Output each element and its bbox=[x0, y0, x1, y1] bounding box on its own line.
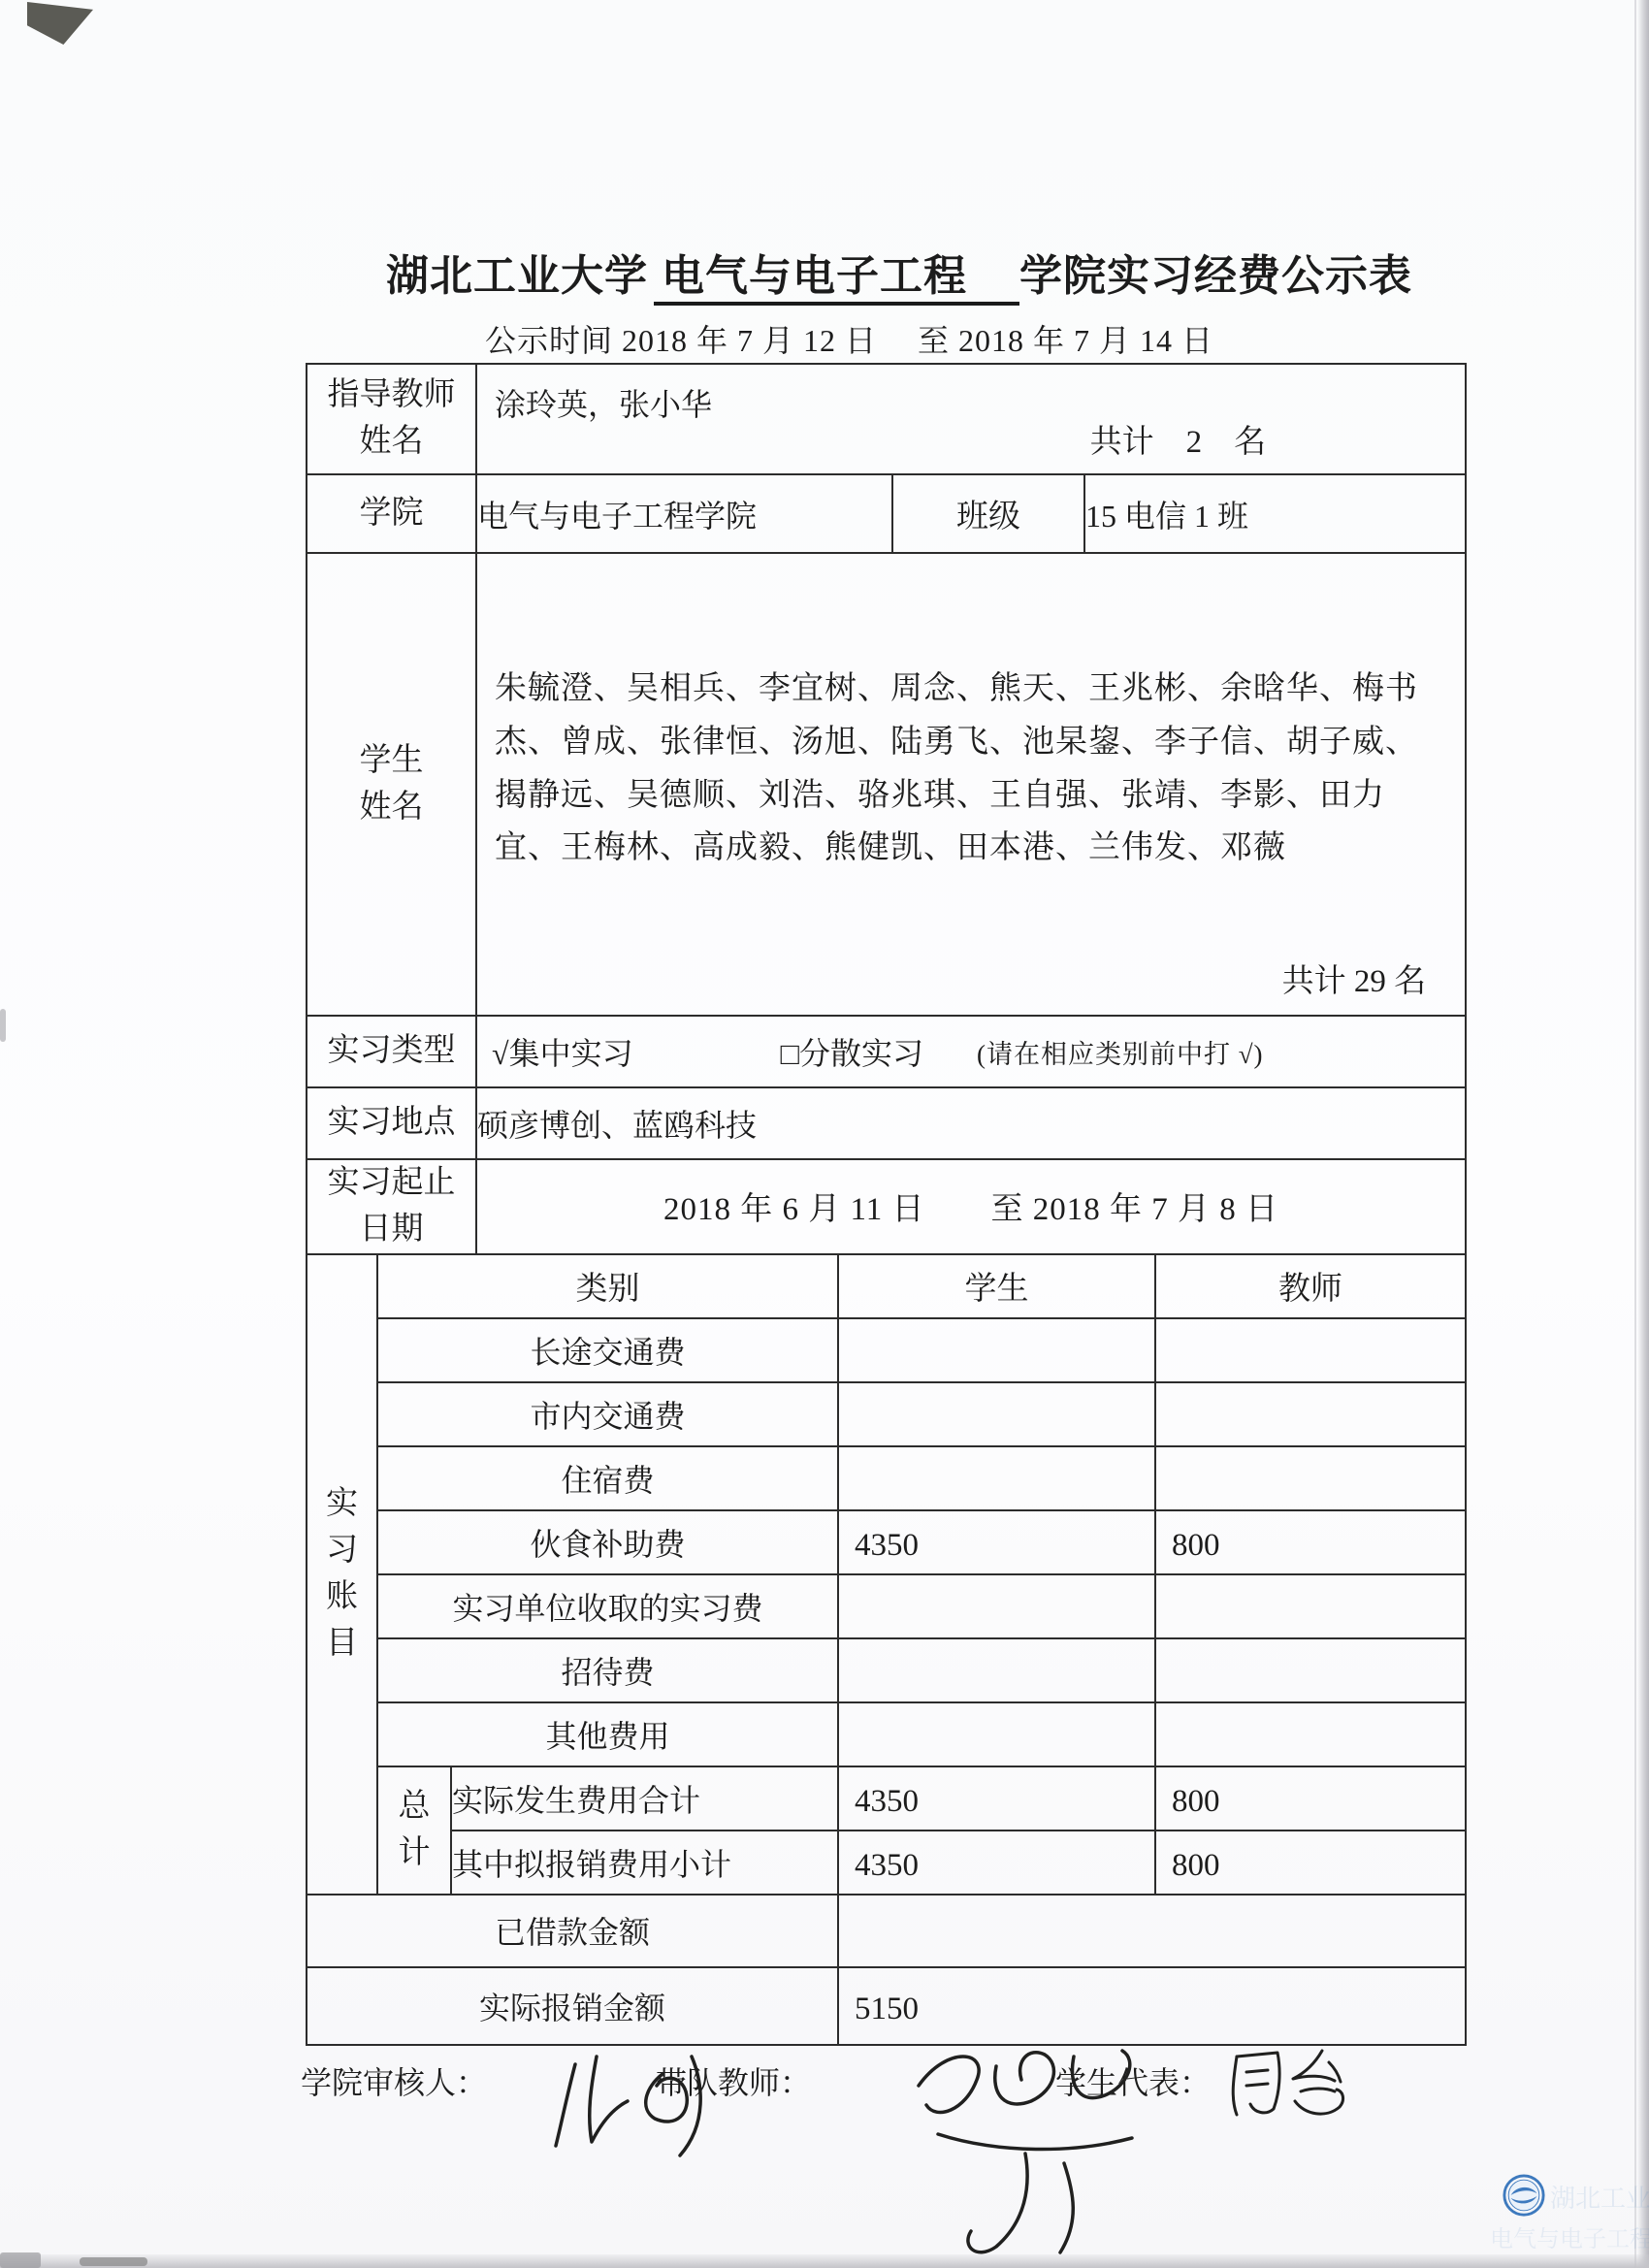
table-row: 伙食补助费 4350 800 bbox=[307, 1510, 1466, 1574]
practice-type-cell: √集中实习 □分散实习 (请在相应类别前中打 √) bbox=[476, 1016, 1466, 1087]
expense-teacher-value bbox=[1155, 1574, 1466, 1638]
table-row: 其他费用 bbox=[307, 1702, 1466, 1766]
expense-publicity-form-table: 指导教师 姓名 涂玲英，张小华 共计 2 名 学院 电气与电子工程学院 班级 1… bbox=[306, 363, 1467, 2046]
dates-label: 实习起止 日期 bbox=[307, 1159, 476, 1254]
total-label: 总 计 bbox=[377, 1766, 451, 1895]
students-cell: 朱毓澄、吴相兵、李宜树、周念、熊天、王兆彬、余晗华、梅书杰、曾成、张律恒、汤旭、… bbox=[476, 553, 1466, 1016]
scan-artifact-corner bbox=[27, 2, 93, 45]
row-instructor: 指导教师 姓名 涂玲英，张小华 共计 2 名 bbox=[307, 364, 1466, 474]
students-total: 共计 29 名 bbox=[1282, 956, 1427, 1001]
total-category: 实际发生费用合计 bbox=[451, 1766, 838, 1831]
expense-student-value bbox=[838, 1638, 1155, 1702]
expense-teacher-value bbox=[1155, 1638, 1466, 1702]
row-dates: 实习起止 日期 2018 年 6 月 11 日 至 2018 年 7 月 8 日 bbox=[307, 1159, 1466, 1254]
borrowed-value bbox=[838, 1895, 1466, 1967]
scan-edge-right bbox=[1637, 0, 1649, 2268]
scan-artifact-blob bbox=[80, 2257, 147, 2266]
title-suffix: 学院实习经费公示表 bbox=[1019, 252, 1412, 300]
table-row: 市内交通费 bbox=[307, 1382, 1466, 1446]
total-student-value: 4350 bbox=[838, 1766, 1155, 1831]
dates-value: 2018 年 6 月 11 日 至 2018 年 7 月 8 日 bbox=[476, 1159, 1466, 1254]
expense-category: 其他费用 bbox=[377, 1702, 838, 1766]
accounts-header-row: 实 习 账 目 类别 学生 教师 bbox=[307, 1254, 1466, 1318]
student-representative-signature bbox=[1217, 2041, 1387, 2130]
total-row: 其中拟报销费用小计 4350 800 bbox=[307, 1831, 1466, 1895]
location-value: 硕彦博创、蓝鸥科技 bbox=[476, 1087, 1466, 1159]
expense-teacher-value bbox=[1155, 1446, 1466, 1510]
college-value: 电气与电子工程学院 bbox=[476, 474, 892, 553]
practice-type-label: 实习类型 bbox=[307, 1016, 476, 1087]
option-concentrated-checked: √集中实习 bbox=[492, 1029, 633, 1074]
expense-student-value bbox=[838, 1446, 1155, 1510]
publicity-time: 公示时间 2018 年 7 月 12 日 至 2018 年 7 月 14 日 bbox=[485, 316, 1213, 361]
expense-student-value bbox=[838, 1574, 1155, 1638]
expense-category: 实习单位收取的实习费 bbox=[377, 1574, 838, 1638]
scanned-form-page: 湖北工业大学电气与电子工程学院实习经费公示表 公示时间 2018 年 7 月 1… bbox=[0, 0, 1649, 2268]
students-label: 学生 姓名 bbox=[307, 553, 476, 1016]
expense-student-value bbox=[838, 1382, 1155, 1446]
expense-category: 住宿费 bbox=[377, 1446, 838, 1510]
instructor-value-cell: 涂玲英，张小华 共计 2 名 bbox=[476, 364, 1466, 474]
total-teacher-value: 800 bbox=[1155, 1766, 1466, 1831]
title-department-underlined: 电气与电子工程 bbox=[654, 252, 1019, 306]
scan-edge-line bbox=[1634, 0, 1636, 2268]
university-logo-watermark bbox=[1502, 2173, 1546, 2218]
lead-teacher-label: 带队教师： bbox=[656, 2058, 811, 2103]
location-label: 实习地点 bbox=[307, 1087, 476, 1159]
students-names: 朱毓澄、吴相兵、李宜树、周念、熊天、王兆彬、余晗华、梅书杰、曾成、张律恒、汤旭、… bbox=[477, 554, 1465, 875]
title-university: 湖北工业大学 bbox=[386, 252, 648, 300]
scan-artifact-mark bbox=[0, 1009, 6, 1042]
class-label: 班级 bbox=[892, 474, 1084, 553]
accounts-label: 实 习 账 目 bbox=[307, 1254, 377, 1895]
expense-student-value bbox=[838, 1702, 1155, 1766]
watermark-college-name: 电气与电子工程学院 bbox=[1490, 2219, 1649, 2253]
reviewer-signature bbox=[538, 2037, 747, 2173]
instructor-total: 共计 2 名 bbox=[1090, 416, 1267, 462]
reviewer-label: 学院审核人： bbox=[301, 2058, 487, 2103]
expense-teacher-value bbox=[1155, 1702, 1466, 1766]
expense-category: 市内交通费 bbox=[377, 1382, 838, 1446]
checkbox-hint: (请在相应类别前中打 √) bbox=[977, 1033, 1264, 1071]
borrowed-label: 已借款金额 bbox=[307, 1895, 838, 1967]
total-student-value: 4350 bbox=[838, 1831, 1155, 1895]
option-dispersed-checkbox: □分散实习 bbox=[781, 1029, 923, 1074]
table-row: 长途交通费 bbox=[307, 1318, 1466, 1382]
college-label: 学院 bbox=[307, 474, 476, 553]
total-row: 总 计 实际发生费用合计 4350 800 bbox=[307, 1766, 1466, 1831]
reimbursed-label: 实际报销金额 bbox=[307, 1967, 838, 2045]
table-row: 住宿费 bbox=[307, 1446, 1466, 1510]
expense-student-value: 4350 bbox=[838, 1510, 1155, 1574]
expense-category: 招待费 bbox=[377, 1638, 838, 1702]
expense-category: 长途交通费 bbox=[377, 1318, 838, 1382]
table-row: 招待费 bbox=[307, 1638, 1466, 1702]
scan-edge-bottom bbox=[0, 2254, 1649, 2268]
accounts-header-teacher: 教师 bbox=[1155, 1254, 1466, 1318]
class-value: 15 电信 1 班 bbox=[1084, 474, 1466, 553]
expense-teacher-value: 800 bbox=[1155, 1510, 1466, 1574]
instructor-label: 指导教师 姓名 bbox=[307, 364, 476, 474]
row-reimbursed: 实际报销金额 5150 bbox=[307, 1967, 1466, 2045]
instructor-names: 涂玲英，张小华 bbox=[477, 365, 1465, 425]
table-row: 实习单位收取的实习费 bbox=[307, 1574, 1466, 1638]
scan-artifact-blob bbox=[0, 2252, 41, 2268]
reimbursed-value: 5150 bbox=[838, 1967, 1466, 2045]
total-teacher-value: 800 bbox=[1155, 1831, 1466, 1895]
student-representative-label: 学生代表： bbox=[1055, 2058, 1211, 2103]
expense-teacher-value bbox=[1155, 1382, 1466, 1446]
expense-teacher-value bbox=[1155, 1318, 1466, 1382]
row-college-class: 学院 电气与电子工程学院 班级 15 电信 1 班 bbox=[307, 474, 1466, 553]
total-category: 其中拟报销费用小计 bbox=[451, 1831, 838, 1895]
expense-category: 伙食补助费 bbox=[377, 1510, 838, 1574]
row-practice-type: 实习类型 √集中实习 □分散实习 (请在相应类别前中打 √) bbox=[307, 1016, 1466, 1087]
row-location: 实习地点 硕彦博创、蓝鸥科技 bbox=[307, 1087, 1466, 1159]
row-borrowed: 已借款金额 bbox=[307, 1895, 1466, 1967]
row-students: 学生 姓名 朱毓澄、吴相兵、李宜树、周念、熊天、王兆彬、余晗华、梅书杰、曾成、张… bbox=[307, 553, 1466, 1016]
watermark-university-name: 湖北工业大学 bbox=[1550, 2179, 1649, 2215]
page-title: 湖北工业大学电气与电子工程学院实习经费公示表 bbox=[386, 241, 1412, 303]
accounts-header-student: 学生 bbox=[838, 1254, 1155, 1318]
accounts-header-category: 类别 bbox=[377, 1254, 838, 1318]
expense-student-value bbox=[838, 1318, 1155, 1382]
